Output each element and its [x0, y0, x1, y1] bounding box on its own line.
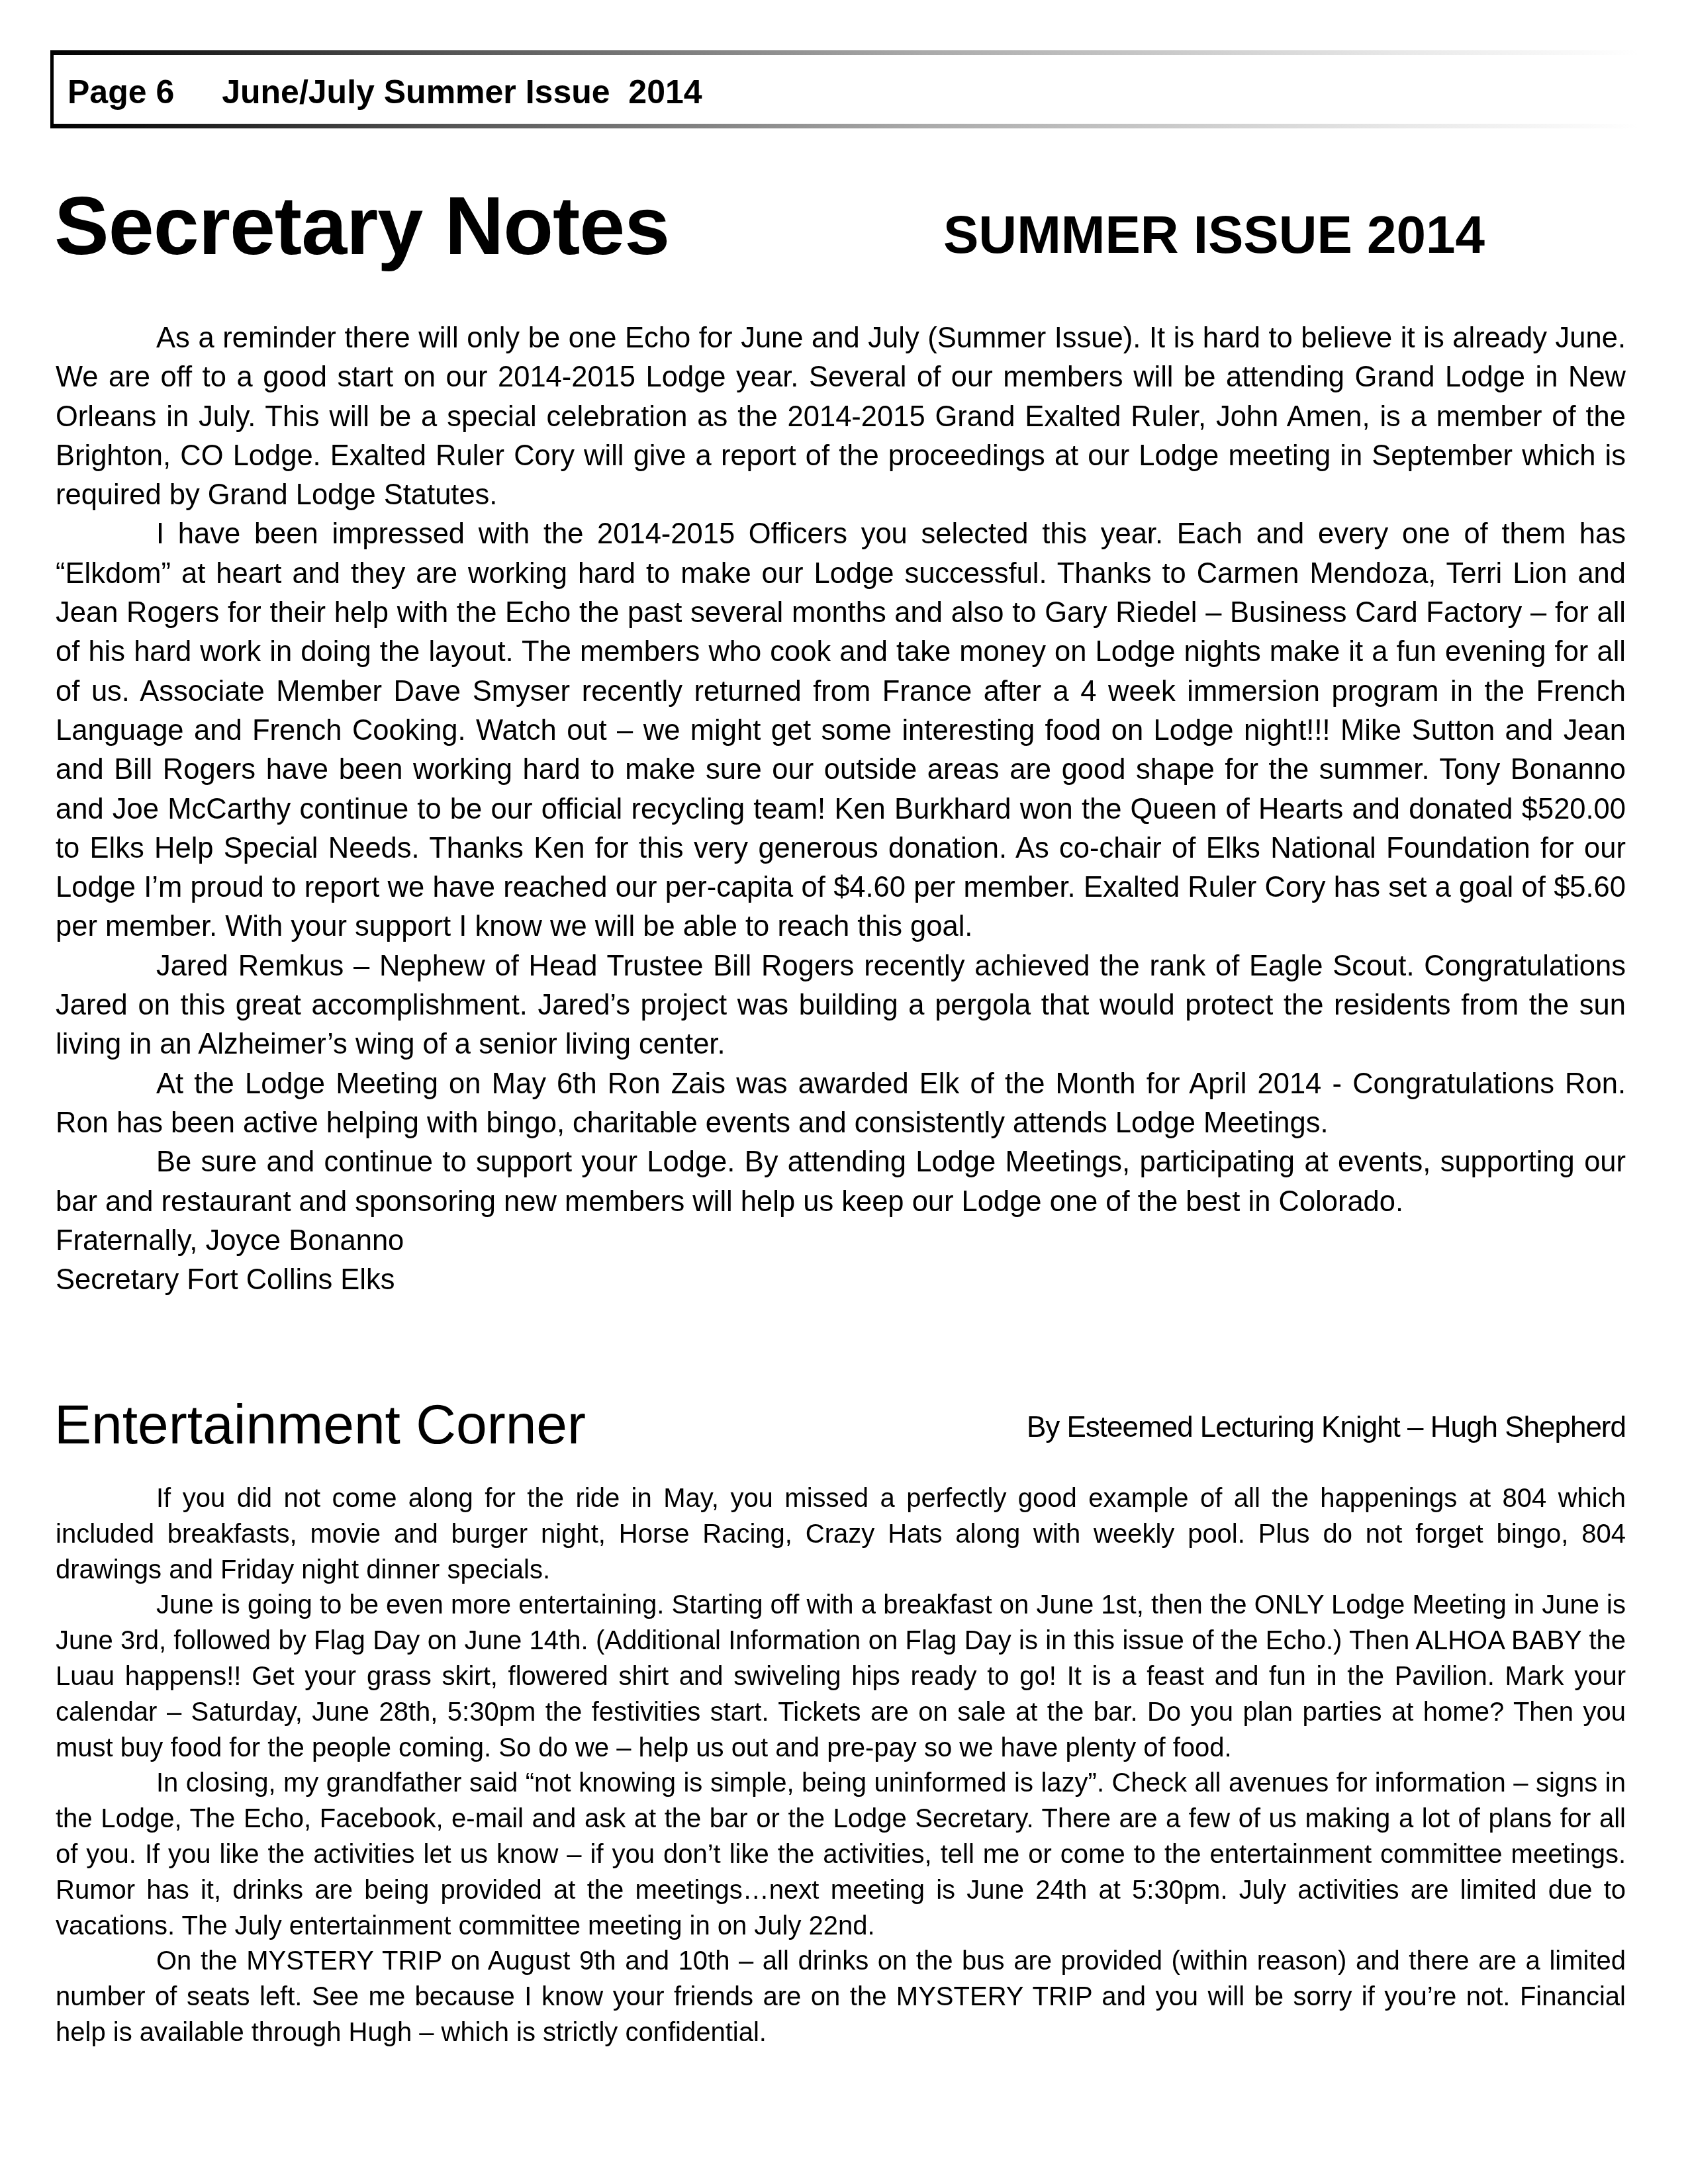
paragraph: At the Lodge Meeting on May 6th Ron Zais… — [56, 1065, 1626, 1144]
entertainment-corner-byline: By Esteemed Lecturing Knight – Hugh Shep… — [1027, 1413, 1626, 1442]
paragraph: June is going to be even more entertaini… — [56, 1588, 1626, 1766]
header-text: Page 6June/July Summer Issue 2014 — [68, 73, 702, 111]
paragraph: On the MYSTERY TRIP on August 9th and 10… — [56, 1944, 1626, 2050]
paragraph: In closing, my grandfather said “not kno… — [56, 1766, 1626, 1944]
page-header: Page 6June/July Summer Issue 2014 — [50, 50, 1639, 128]
header-left-rule — [50, 50, 54, 128]
paragraph: As a reminder there will only be one Ech… — [56, 319, 1626, 515]
paragraph: I have been impressed with the 2014-2015… — [56, 515, 1626, 946]
signoff: Fraternally, Joyce Bonanno — [56, 1222, 1626, 1261]
header-bottom-rule — [50, 124, 1639, 128]
page-number: Page 6 — [68, 73, 174, 111]
issue-label: June/July Summer Issue 2014 — [222, 73, 702, 111]
secretary-notes-subtitle: SUMMER ISSUE 2014 — [943, 208, 1485, 261]
entertainment-corner-title: Entertainment Corner — [54, 1396, 586, 1452]
paragraph: If you did not come along for the ride i… — [56, 1481, 1626, 1588]
secretary-notes-title: Secretary Notes — [54, 185, 669, 267]
entertainment-corner-body: If you did not come along for the ride i… — [56, 1481, 1626, 2051]
signoff-title: Secretary Fort Collins Elks — [56, 1261, 1626, 1300]
paragraph: Jared Remkus – Nephew of Head Trustee Bi… — [56, 947, 1626, 1065]
header-top-rule — [50, 50, 1639, 55]
paragraph: Be sure and continue to support your Lod… — [56, 1143, 1626, 1222]
secretary-notes-body: As a reminder there will only be one Ech… — [56, 319, 1626, 1300]
